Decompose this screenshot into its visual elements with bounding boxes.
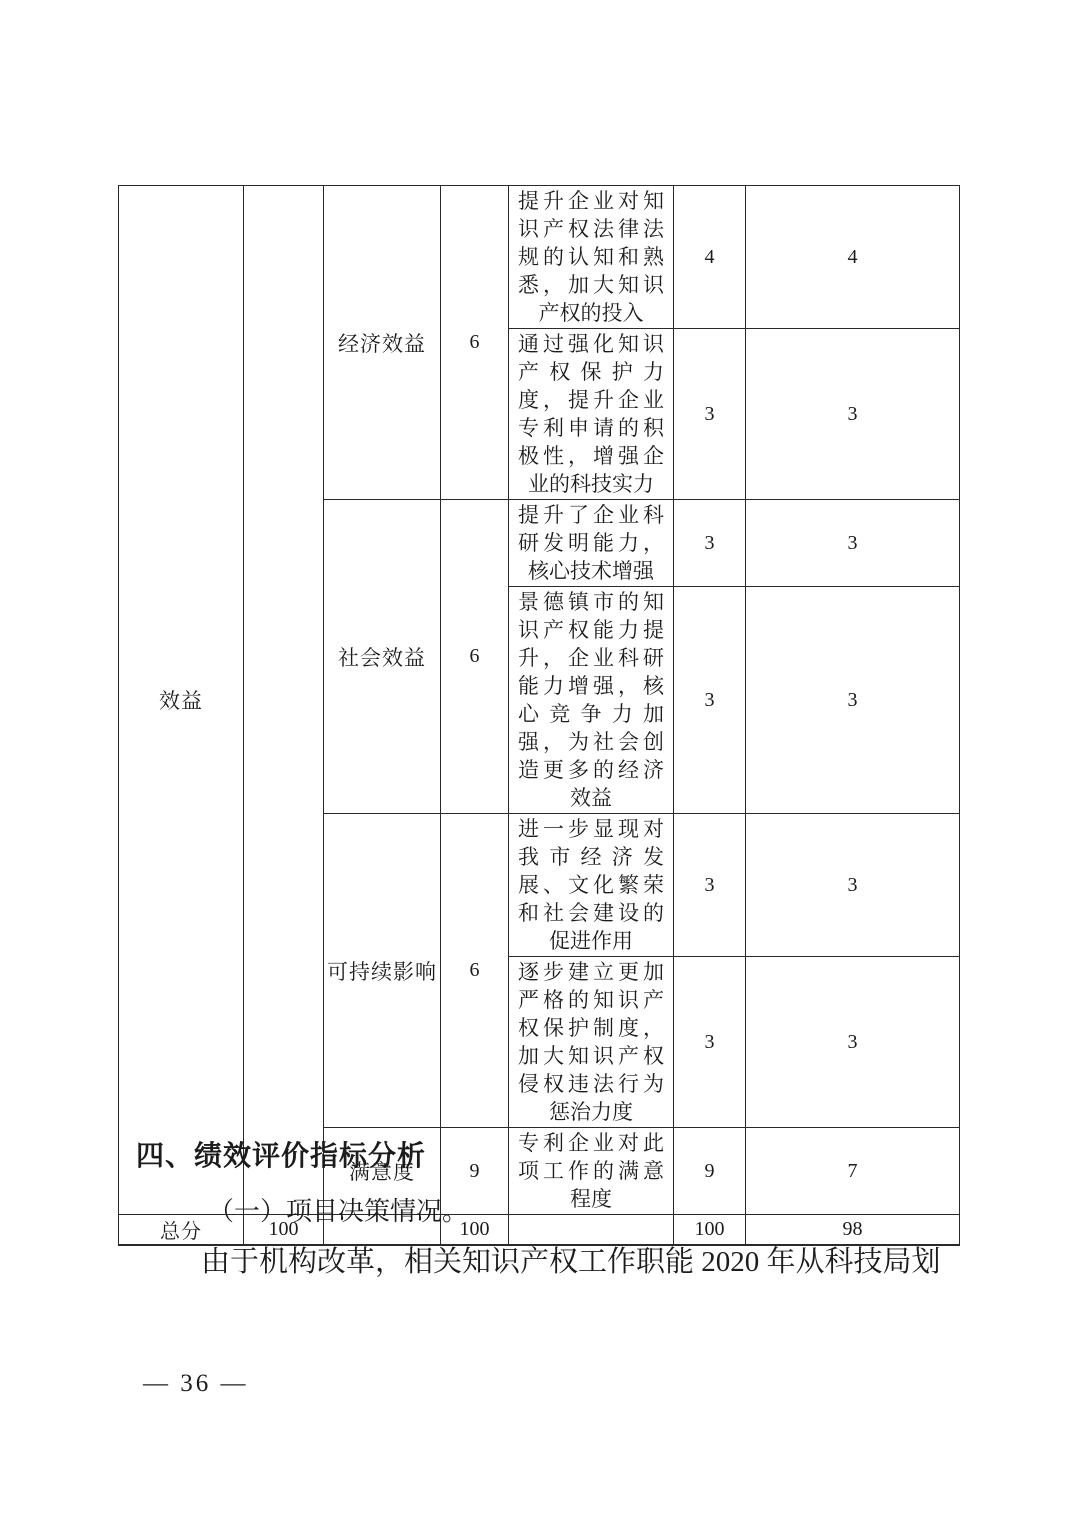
- section-name-cell-sustainability: 可持续影响: [324, 814, 441, 1128]
- indicator-description-cell: 提升企业对知识产权法律法规的认知和熟悉，加大知识产权的投入: [509, 186, 674, 329]
- indicator-description-cell: 进一步显现对我市经济发展、文化繁荣和社会建设的促进作用: [509, 814, 674, 957]
- indicator-score-cell: 3: [746, 329, 960, 500]
- indicator-description-cell: 景德镇市的知识产权能力提升，企业科研能力增强，核心竞争力加强，为社会创造更多的经…: [509, 587, 674, 814]
- table-row: 效益 经济效益 6 提升企业对知识产权法律法规的认知和熟悉，加大知识产权的投入 …: [119, 186, 960, 329]
- indicator-description-cell: 提升了企业科研发明能力，核心技术增强: [509, 500, 674, 587]
- benefit-weight-cell: [244, 186, 324, 1215]
- indicator-target-cell: 9: [674, 1128, 746, 1215]
- performance-score-table: 效益 经济效益 6 提升企业对知识产权法律法规的认知和熟悉，加大知识产权的投入 …: [118, 185, 960, 1246]
- indicator-score-cell: 3: [746, 957, 960, 1128]
- indicator-score-cell: 3: [746, 587, 960, 814]
- body-paragraph: 由于机构改革，相关知识产权工作职能 2020 年从科技局划: [201, 1239, 941, 1280]
- indicator-description-cell: 专利企业对此项工作的满意程度: [509, 1128, 674, 1215]
- indicator-score-cell: 7: [746, 1128, 960, 1215]
- page-number: — 36 —: [143, 1370, 249, 1398]
- indicator-target-cell: 3: [674, 814, 746, 957]
- indicator-target-cell: 4: [674, 186, 746, 329]
- indicator-description-cell: 逐步建立更加严格的知识产权保护制度，加大知识产权侵权违法行为惩治力度: [509, 957, 674, 1128]
- indicator-score-cell: 3: [746, 500, 960, 587]
- indicator-target-cell: 3: [674, 587, 746, 814]
- indicator-score-cell: 4: [746, 186, 960, 329]
- sub-heading: （一）项目决策情况。: [208, 1191, 468, 1228]
- section-weight-cell: 6: [441, 814, 509, 1128]
- document-page: 效益 经济效益 6 提升企业对知识产权法律法规的认知和熟悉，加大知识产权的投入 …: [0, 0, 1074, 1520]
- indicator-score-cell: 3: [746, 814, 960, 957]
- indicator-description-cell: 通过强化知识产权保护力度，提升企业专利申请的积极性，增强企业的科技实力: [509, 329, 674, 500]
- section-name-cell-social: 社会效益: [324, 500, 441, 814]
- section-weight-cell: 6: [441, 186, 509, 500]
- indicator-target-cell: 3: [674, 329, 746, 500]
- indicator-target-cell: 3: [674, 957, 746, 1128]
- benefit-category-cell: 效益: [119, 186, 244, 1215]
- section-heading: 四、绩效评价指标分析: [136, 1134, 426, 1174]
- section-name-cell-economic: 经济效益: [324, 186, 441, 500]
- indicator-target-cell: 3: [674, 500, 746, 587]
- section-weight-cell: 6: [441, 500, 509, 814]
